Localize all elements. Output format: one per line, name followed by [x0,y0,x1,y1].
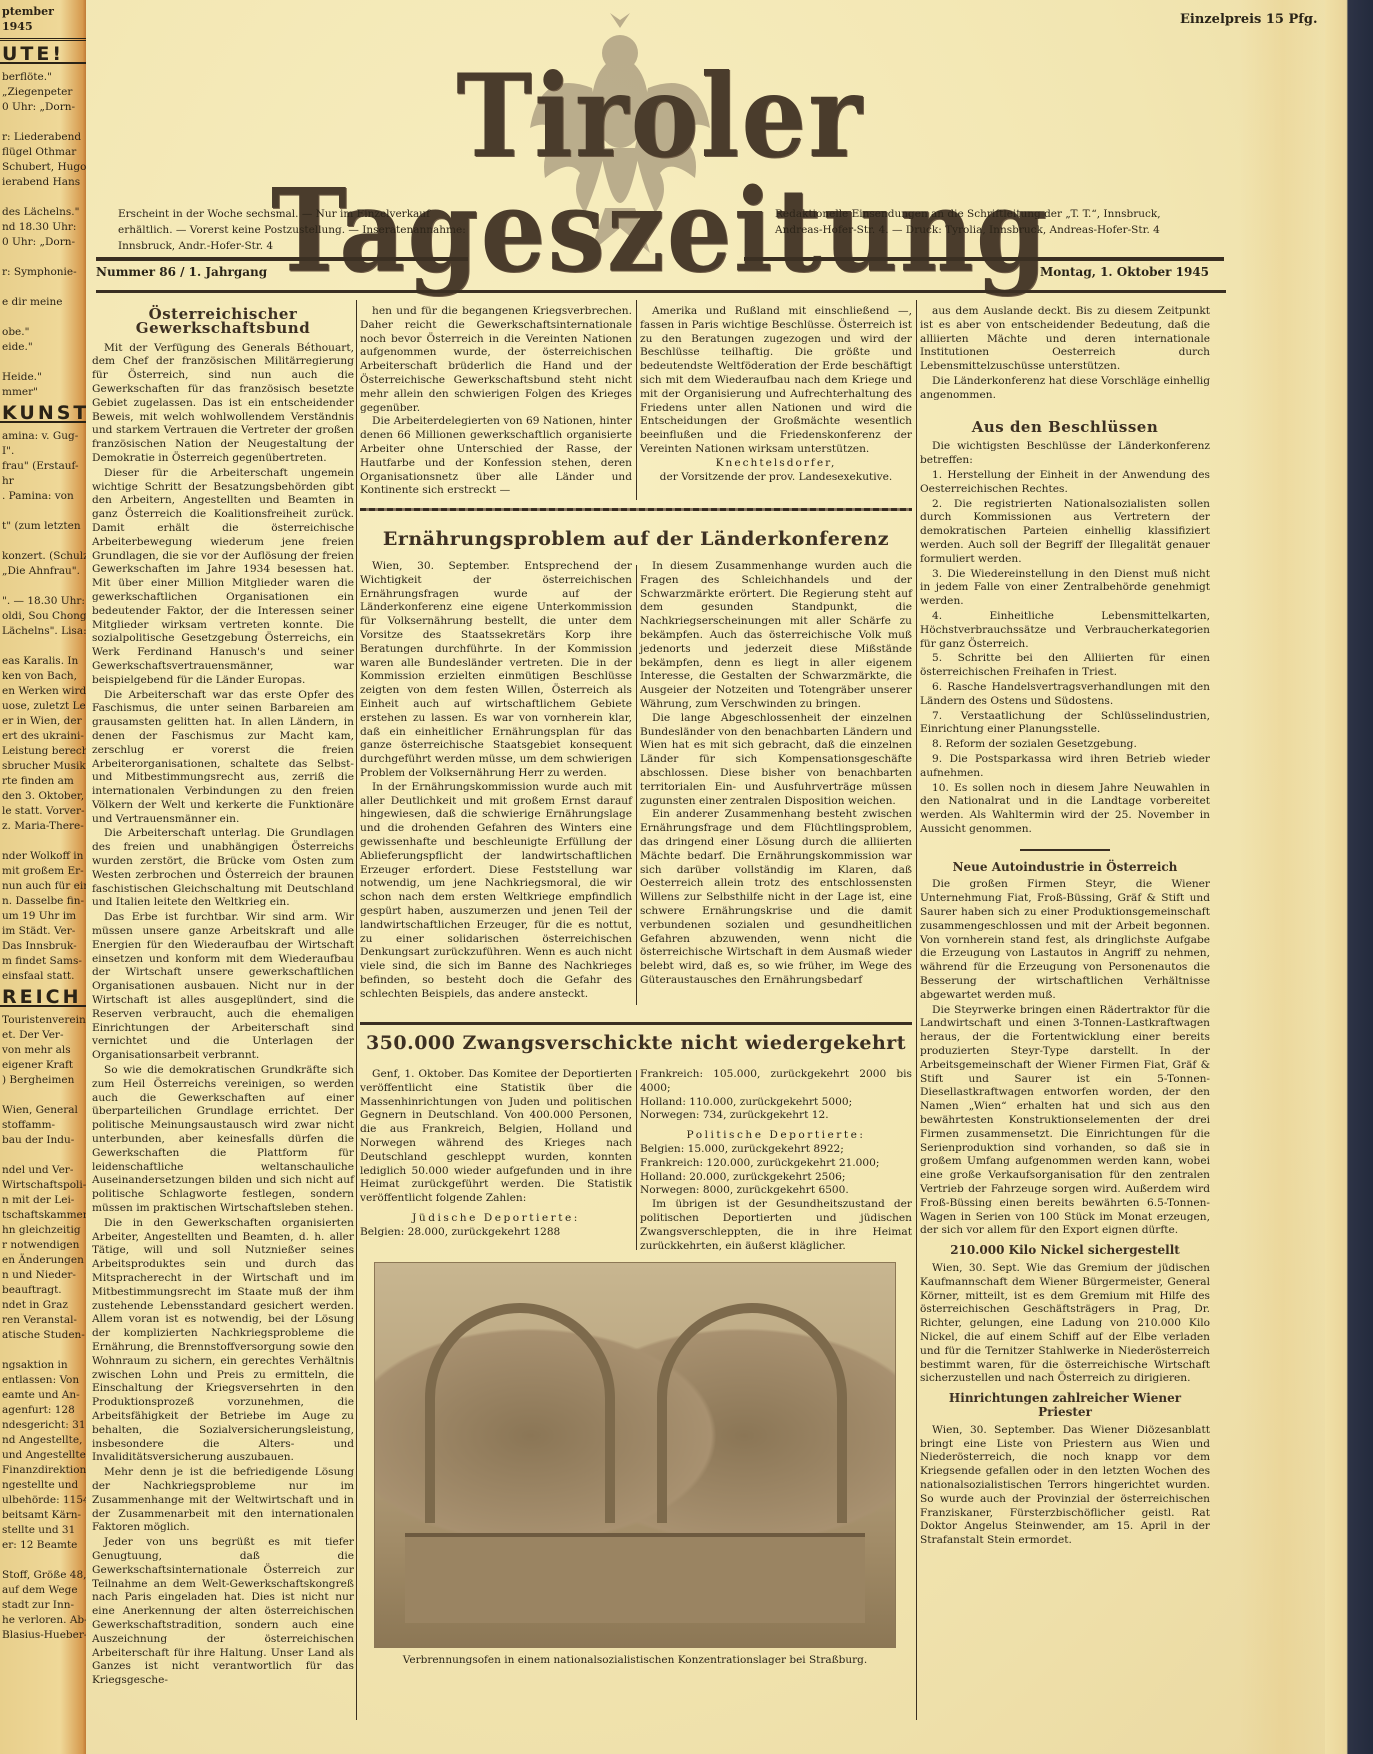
strip-line [0,250,86,265]
strip-line: eamte und An- [0,1388,86,1403]
strip-line: frau" (Erstauf- [0,459,86,474]
strip-line: ierabend Hans [0,175,86,190]
strip-line: ulbehörde: 1154 [0,1493,86,1508]
strip-lines-3: Touristenvereinet. Der Ver-von mehr alse… [0,1013,86,1643]
column-divider [356,300,357,1720]
strip-line: ndet in Graz [0,1298,86,1313]
stat-line: Norwegen: 8000, zurückgekehrt 6500. [640,1184,912,1198]
paragraph: hen und für die begangenen Kriegsverbrec… [360,305,632,415]
strip-line: ren Veranstal- [0,1313,86,1328]
strip-line [0,504,86,519]
article-headline-beschluesse: Aus den Beschlüssen [920,421,1210,435]
strip-line: hn gleichzeitig [0,1223,86,1238]
article-headline: Österreichischer Gewerkschaftsbund [92,308,354,336]
strip-line: berflöte." [0,70,86,85]
paragraph: Die Arbeiterschaft unterlag. Die Grundla… [92,827,354,910]
column-four: aus dem Auslande deckt. Bis zu diesem Ze… [920,305,1210,1549]
strip-line: n mit der Lei- [0,1193,86,1208]
strip-heading-1: UTE! [0,47,86,64]
political-deportees-heading: Politische Deportierte: [640,1129,912,1143]
strip-line: I". [0,444,86,459]
stat-line: Belgien: 28.000, zurückgekehrt 1288 [360,1226,632,1240]
paragraph: Das Erbe ist furchtbar. Wir sind arm. Wi… [92,911,354,1063]
strip-line: nd Angestellte, [0,1433,86,1448]
strip-line: flügel Othmar [0,145,86,160]
article-headline-deportierte: 350.000 Zwangsverschickte nicht wiederge… [360,1032,912,1054]
page-edge-shadow [1240,0,1325,1754]
article-headline-nickel: 210.000 Kilo Nickel sichergestellt [920,1244,1210,1258]
stat-lines: Frankreich: 105.000, zurückgekehrt 2000 … [640,1068,912,1123]
strip-line: n. Dasselbe fin- [0,894,86,909]
paragraph: Die Arbeiterschaft war das erste Opfer d… [92,689,354,827]
strip-line: et. Der Ver- [0,1028,86,1043]
paragraph: aus dem Auslande deckt. Bis zu diesem Ze… [920,305,1210,374]
strip-line: eigener Kraft [0,1058,86,1073]
paragraph: Mehr denn je ist die befriedigende Lösun… [92,1466,354,1535]
strip-line: ndel und Ver- [0,1163,86,1178]
strip-line: Heide." [0,370,86,385]
strip-line: ert des ukraini- [0,729,86,744]
article-body: In diesem Zusammenhange wurden auch die … [640,560,912,988]
strip-line: Das Innsbruk- [0,939,86,954]
strip-line: stadt zur Inn- [0,1598,86,1613]
article-headline-ernaehrung: Ernährungsproblem auf der Länderkonferen… [360,528,912,550]
stat-line: Frankreich: 120.000, zurückgekehrt 21.00… [640,1157,912,1171]
strip-line: eide." [0,340,86,355]
jewish-deportees-heading: Jüdische Deportierte: [360,1212,632,1226]
strip-line: r: Liederabend [0,130,86,145]
strip-line: rte finden am [0,774,86,789]
stat-lines: Belgien: 15.000, zurückgekehrt 8922;Fran… [640,1143,912,1198]
stat-line: Frankreich: 105.000, zurückgekehrt 2000 … [640,1068,912,1096]
strip-line: Touristenverein [0,1013,86,1028]
strip-line: beitsamt Kärn- [0,1508,86,1523]
strip-line [0,1148,86,1163]
oven-arch-left [425,1303,615,1523]
strip-line: entlassen: Von [0,1373,86,1388]
strip-line [0,639,86,654]
strip-heading-3: REICH [0,990,86,1007]
article-body: Genf, 1. Oktober. Das Komitee der Deport… [360,1068,632,1206]
masthead-rule-left [96,257,468,261]
strip-line: nun auch für ein [0,879,86,894]
paragraph: Ein anderer Zusammenhang besteht zwische… [640,808,912,987]
strip-line: uose, zuletzt Lei- [0,699,86,714]
beschluesse-list: 1. Herstellung der Einheit in der Anwend… [920,469,1210,837]
list-item: 1. Herstellung der Einheit in der Anwend… [920,469,1210,497]
strip-line: „Ziegenpeter [0,85,86,100]
stat-line: Holland: 110.000, zurückgekehrt 5000; [640,1096,912,1110]
strip-line: en Werken wird [0,684,86,699]
article-headline-autoindustrie: Neue Autoindustrie in Österreich [920,861,1210,875]
article-gewerkschaftsbund-cont: hen und für die begangenen Kriegsverbrec… [360,305,632,498]
photo-caption: Verbrennungsofen in einem nationalsozial… [374,1654,896,1666]
list-item: 8. Reform der sozialen Gesetzgebung. [920,738,1210,752]
list-item: 10. Es sollen noch in diesem Jahre Neuwa… [920,782,1210,837]
strip-line [0,1088,86,1103]
article-body: Mit der Verfügung des Generals Béthouart… [92,342,354,1688]
strip-line: Wien, General [0,1103,86,1118]
paragraph: Die großen Firmen Steyr, die Wiener Unte… [920,878,1210,1002]
strip-line: en Änderungen [0,1253,86,1268]
article-body: Wien, 30. Sept. Wie das Gremium der jüdi… [920,1262,1210,1386]
strip-line: sbrucher Musik- [0,759,86,774]
strip-line: konzert. (Schulz [0,549,86,564]
paragraph: Wien, 30. Sept. Wie das Gremium der jüdi… [920,1262,1210,1386]
paragraph: Die Arbeiterdelegierten von 69 Nationen,… [360,415,632,498]
strip-line: atische Studen- [0,1328,86,1343]
strip-line: n und Nieder- [0,1268,86,1283]
strip-line: Blasius-Hueber- [0,1628,86,1643]
strip-line: oldi, Sou Chong: [0,609,86,624]
paragraph: Wien, 30. September. Entsprechend der Wi… [360,560,632,781]
paragraph: Dieser für die Arbeiterschaft ungemein w… [92,467,354,688]
strip-line: 0 Uhr: „Dorn- [0,235,86,250]
strip-line: und Angestellte [0,1448,86,1463]
list-item: 5. Schritte bei den Alliierten für einen… [920,652,1210,680]
strip-line: bau der Indu- [0,1133,86,1148]
strip-line: e dir meine [0,295,86,310]
strip-line: ngsaktion in [0,1358,86,1373]
strip-line: stellte und 31 [0,1523,86,1538]
previous-page-strip: ptember 1945 UTE! berflöte."„Ziegenpeter… [0,0,86,1754]
author-role: der Vorsitzende der prov. Landesexekutiv… [640,471,912,485]
strip-line: obe." [0,325,86,340]
article-ernaehrung-col2: Wien, 30. September. Entsprechend der Wi… [360,560,632,1002]
article-body: hen und für die begangenen Kriegsverbrec… [360,305,632,498]
column-divider [636,300,637,500]
strip-line: auf dem Wege [0,1583,86,1598]
stat-line: Belgien: 15.000, zurückgekehrt 8922; [640,1143,912,1157]
strip-line [0,280,86,295]
strip-line: agenfurt: 128 [0,1403,86,1418]
strip-heading-2: KUNST [0,406,86,423]
strip-line: den 3. Oktober, [0,789,86,804]
issue-number: Nummer 86 / 1. Jahrgang [96,265,267,279]
publication-info: Erscheint in der Woche sechsmal. — Nur i… [118,206,478,254]
list-item: 6. Rasche Handelsvertragsverhandlungen m… [920,681,1210,709]
paragraph: Wien, 30. September. Das Wiener Diözesan… [920,1424,1210,1548]
paragraph: Die Länderkonferenz hat diese Vorschläge… [920,375,1210,403]
short-rule [1020,849,1110,851]
article-body: Amerika und Rußland mit einschließend —,… [640,305,912,457]
paragraph: Die in den Gewerkschaften organisierten … [92,1217,354,1465]
crematorium-photo [374,1262,896,1648]
strip-line: Stoff, Größe 48, [0,1568,86,1583]
paragraph: Jeder von uns begrüßt es mit tiefer Genu… [92,1536,354,1688]
strip-line: r: Symphonie- [0,265,86,280]
list-item: 9. Die Postsparkassa wird ihren Betrieb … [920,753,1210,781]
strip-line: le statt. Vorver- [0,804,86,819]
paragraph: Die lange Abgeschlossenheit der einzelne… [640,712,912,809]
strip-line: um 19 Uhr im [0,909,86,924]
strip-line: hr [0,474,86,489]
issue-date: Montag, 1. Oktober 1945 [1040,265,1209,279]
strip-line: amina: v. Gug- [0,429,86,444]
strip-line: Schubert, Hugo [0,160,86,175]
oven-arch-right [657,1303,847,1523]
strip-line: ngestellte und [0,1478,86,1493]
article-ernaehrung-end: aus dem Auslande deckt. Bis zu diesem Ze… [920,305,1210,403]
strip-line [0,310,86,325]
article-ernaehrung-col3: In diesem Zusammenhange wurden auch die … [640,560,912,988]
strip-line [0,834,86,849]
strip-line: ". — 18.30 Uhr: [0,594,86,609]
book-binding [1325,0,1373,1754]
column-divider [916,300,917,1720]
single-copy-price: Einzelpreis 15 Pfg. [1180,12,1317,27]
stat-line: Holland: 20.000, zurückgekehrt 2506; [640,1171,912,1185]
strip-line [0,190,86,205]
article-body: Wien, 30. September. Das Wiener Diözesan… [920,1424,1210,1548]
article-deportierte-col2: Genf, 1. Oktober. Das Komitee der Deport… [360,1068,632,1240]
strip-line: „Die Ahnfrau". [0,564,86,579]
list-item: 2. Die registrierten Nationalsozialisten… [920,498,1210,567]
article-gewerkschaftsbund-cont2: Amerika und Rußland mit einschließend —,… [640,305,912,484]
strip-lines-1: berflöte."„Ziegenpeter0 Uhr: „Dorn- r: L… [0,70,86,400]
strip-line [0,1343,86,1358]
beschluesse-intro: Die wichtigsten Beschlüsse der Länderkon… [920,440,1210,468]
strip-line: z. Maria-There- [0,819,86,834]
strip-line: . Pamina: von [0,489,86,504]
strip-line [0,355,86,370]
strip-line: im Städt. Ver- [0,924,86,939]
strip-line: Lächelns". Lisa: [0,624,86,639]
strip-lines-2: amina: v. Gug-I".frau" (Erstauf-hr. Pami… [0,429,86,984]
strip-date: ptember 1945 [0,0,86,41]
strip-line: mit großem Er- [0,864,86,879]
strip-line: t" (zum letzten [0,519,86,534]
strip-line: nd 18.30 Uhr: [0,220,86,235]
paragraph: In der Ernährungskommission wurde auch m… [360,781,632,1002]
paragraph: Genf, 1. Oktober. Das Komitee der Deport… [360,1068,632,1206]
paragraph: Amerika und Rußland mit einschließend —,… [640,305,912,457]
column-divider [636,1070,637,1250]
strip-line: er: 12 Beamte [0,1538,86,1553]
article-deportierte-col3: Frankreich: 105.000, zurückgekehrt 2000 … [640,1068,912,1253]
stat-line: Belgien: 28.000, zurückgekehrt 1288 [360,1226,632,1240]
strip-line: einsfaal statt. [0,969,86,984]
strip-line: nder Wolkoff in [0,849,86,864]
strip-line [0,1553,86,1568]
stat-line: Norwegen: 734, zurückgekehrt 12. [640,1109,912,1123]
strip-line: Leistung berech- [0,744,86,759]
list-item: 7. Verstaatlichung der Schlüsselindustri… [920,710,1210,738]
oven-base [405,1533,865,1623]
article-headline-priester: Hinrichtungen zahlreicher Wiener Prieste… [920,1392,1210,1420]
paragraph: So wie die demokratischen Grundkräfte si… [92,1064,354,1216]
strip-line: Wirtschaftspoli- [0,1178,86,1193]
strip-line: tschaftskammer [0,1208,86,1223]
article-closing: Im übrigen ist der Gesundheitszustand de… [640,1198,912,1253]
strip-line [0,579,86,594]
strip-line: he verloren. Ab- [0,1613,86,1628]
strip-line: stoffamm- [0,1118,86,1133]
article-gewerkschaftsbund: Österreichischer Gewerkschaftsbund Mit d… [92,300,354,1689]
strip-line: m findet Sams- [0,954,86,969]
strip-line: von mehr als [0,1043,86,1058]
strip-line: mmer" [0,385,86,400]
masthead-rule [96,290,1226,293]
section-divider [360,1022,912,1025]
strip-line [0,115,86,130]
article-body: Die großen Firmen Steyr, die Wiener Unte… [920,878,1210,1238]
strip-line [0,534,86,549]
section-divider [360,508,912,511]
strip-line: beauftragt. [0,1283,86,1298]
column-divider [636,565,637,1005]
masthead-rule-right [744,257,1224,261]
strip-line: Finanzdirektion [0,1463,86,1478]
paragraph: Mit der Verfügung des Generals Béthouart… [92,342,354,466]
strip-line: 0 Uhr: „Dorn- [0,100,86,115]
strip-line: ndesgericht: 31 [0,1418,86,1433]
strip-line: er in Wien, der [0,714,86,729]
strip-line: r notwendigen [0,1238,86,1253]
strip-line: eas Karalis. In [0,654,86,669]
author-signature: Knechtelsdorfer, [640,457,912,471]
list-item: 3. Die Wiedereinstellung in den Dienst m… [920,568,1210,609]
strip-line: ken von Bach, [0,669,86,684]
editorial-address: Redaktionelle Einsendungen an die Schrif… [775,206,1175,238]
paragraph: In diesem Zusammenhange wurden auch die … [640,560,912,712]
paragraph: Die Steyrwerke bringen einen Rädertrakto… [920,1004,1210,1239]
strip-line: des Lächelns." [0,205,86,220]
strip-line: ) Bergheimen [0,1073,86,1088]
list-item: 4. Einheitliche Lebensmittelkarten, Höch… [920,610,1210,651]
article-body: Wien, 30. September. Entsprechend der Wi… [360,560,632,1002]
